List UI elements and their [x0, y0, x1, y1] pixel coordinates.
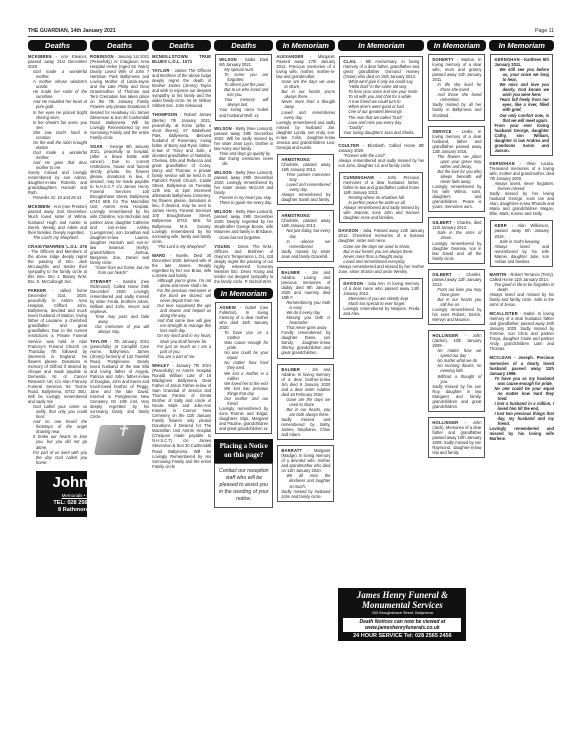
notice-entry: MCALLISTER - Isabel. In loving memory of…: [489, 311, 554, 351]
notice-body: - The Officers and Members of the above …: [28, 249, 87, 284]
verse-line: Loved and remembered every day.: [286, 182, 330, 192]
notice-closing: Lovingly remembered by his sons Robert, …: [432, 307, 481, 322]
verse-line: Safe in the arms of Jesus.: [437, 230, 481, 240]
notice-verse: Memories of you are silently keptMuch to…: [343, 296, 419, 306]
notice-entry: GILBERT - Charles, passed away 11th Janu…: [428, 269, 485, 325]
notice-list: DOHERTY - Marina. In loving memory of a …: [427, 54, 486, 458]
notice-verse: Gone are the days we used to share,But i…: [276, 79, 335, 119]
notice-text: YOUNG - Denis. The W.M., Officers and Br…: [214, 244, 273, 284]
notice-verse: God made a wonderful mother,A mother who…: [28, 69, 87, 170]
notice-closing: Sadly missed and remembered by Betty, Ja…: [281, 417, 330, 437]
notice-entry: WILSON - Betty (Nee Lamont), passed away…: [214, 170, 273, 205]
notice-entry: CUNNINGHAM - John. Precious memories of …: [339, 172, 423, 223]
notice-verse: God called your name so softly, that onl…: [28, 404, 87, 465]
section-header-in-memoriam: In Memoriam: [427, 40, 486, 51]
verse-line: The flowers we place upon your grave may…: [437, 154, 481, 169]
notice-verse: Not just today, but every dayIn silence …: [281, 228, 330, 248]
verse-line: Never more than a thought away.: [281, 99, 335, 109]
verse-line: In her cheek's fair roses, you see,: [33, 120, 87, 130]
notice-text: WILSON - Betty (Nee Lamont), passed away…: [214, 170, 273, 195]
notice-entry: WILSON - Betty (Nee Lamont), passed away…: [214, 126, 273, 166]
notice-entry: BALMER - Jim and Adaline. Loving and pre…: [277, 267, 334, 359]
notice-body: - James The Officers and Brethren of the…: [152, 68, 211, 108]
notice-verse: The flowers we place upon your grave may…: [432, 154, 481, 184]
notice-text: HOLLINGER - John (Jack). Memories of a d…: [432, 420, 481, 455]
notice-body: - Robert James (Bertie) 7th January 2021…: [152, 112, 211, 243]
verse-line: God made a wonderful mother,: [33, 69, 87, 79]
verse-line: And that same love will give me strength…: [157, 318, 211, 333]
verse-line: We miss and love you dearly, God knows w…: [499, 82, 549, 97]
notice-verse: Time passes memories stayLoved and remem…: [281, 172, 330, 192]
notice-body: - Ann (nee Preston) passed away 31st Dec…: [28, 204, 87, 234]
column-memoriam-3: In Memoriam DOHERTY - Marina. In loving …: [427, 40, 486, 668]
verse-line: Without a thought of you.: [437, 374, 481, 384]
verse-line: No matter how we spend our day: [437, 348, 481, 358]
notice-text: GILBERT - Charles, died 11th January 201…: [432, 220, 481, 230]
verse-line: It broke our hearts to lose you, but you…: [33, 434, 87, 449]
notice-body: - Jim and Adaline. In loving memory of a…: [281, 367, 330, 397]
notice-list: WILSON - Sadie. Died 6th January 2021.My…: [214, 54, 273, 284]
notice-text: WILSON - Betty (Nee Lamont), passed away…: [214, 209, 273, 234]
column-deaths-2: Deaths ROBINSON - January 1st 2021 (Peac…: [90, 40, 149, 668]
notice-verse: Too good in life to be forgotten in deat…: [489, 282, 554, 292]
notice-text: PARKER - called home December 31st, 2020…: [28, 288, 87, 404]
notice-entry: TAYLOR - James The Officers and Brethren…: [152, 68, 211, 108]
notice-closing: Your loving daughters Joan and Sheila.: [343, 130, 419, 135]
verse-line: Although you're gone, I'm not alone and …: [157, 278, 211, 288]
notice-entry: WHILEY - January 7th 2021 (Peacefully) A…: [152, 363, 211, 469]
advert-tel: TEL: 028 2564 3419 / 07775 950 144: [38, 500, 87, 507]
advert-services: Memorials • Renovations • Inscriptions: [38, 493, 87, 498]
notice-verse: No matter how we spend our dayNo matter …: [432, 348, 481, 383]
notice-text: SOAR - George 9th January 2021, peaceful…: [90, 144, 149, 265]
notice-text: MCCLEAN - Joseph. Precious memories of a…: [489, 355, 554, 375]
notice-text: ARMSTRONG - Charlotte, passed away 16th …: [281, 157, 330, 172]
notice-list: CLAIL - 8th Anniversary. In loving memor…: [338, 54, 424, 584]
verse-line: We lost two precious things that day: [224, 386, 268, 396]
notice-closing: Fondly remembered by daughter Diane, son…: [281, 330, 330, 355]
verse-line: In life she lived for those she loved: [437, 82, 481, 92]
notice-verse: Gone are the days we used to shareBut in…: [281, 397, 330, 417]
notice-closing: From your ever loving husband George, da…: [494, 123, 549, 153]
notice-entry: MCNEILLSTOWN TRUE BLUES L.O.L. 1071: [152, 54, 211, 64]
notice-closing: Always remembered by daughter Sarah and …: [281, 192, 330, 202]
verse-line: But to us who loved and lost you.: [224, 87, 268, 97]
verse-line: For part of us went with you the day God…: [33, 450, 87, 465]
notice-text: THOMPSON - Robert James (Bertie) 7th Jan…: [152, 112, 211, 243]
notice-entry: ARMSTRONG - Charlotte, passed away 16th …: [277, 154, 334, 205]
notice-text: BALMER - Jim and Adaline. Loving and pre…: [281, 270, 330, 300]
memoriam-notice: AGNEW - Isobel (nee Fullerton). In lovin…: [214, 302, 273, 434]
notice-verse: "The Lord is My Shepherd": [152, 244, 211, 249]
notice-body: - Jim and Adaline. Loving and precious m…: [281, 270, 330, 300]
verse-line: We still see you before us, your voice w…: [499, 67, 549, 82]
verse-line: "The Lord is My Shepherd": [157, 244, 211, 249]
notice-closing: Your loving niece Isobel and husband Wol…: [219, 107, 268, 117]
section-header-deaths: Deaths: [28, 40, 87, 51]
notice-entry: TAYLOR - 7th January, 2021 (peacefully) …: [90, 339, 149, 420]
notice-list: KERNOHAN - Kathleen 6th January 2011.We …: [489, 54, 554, 441]
notice-text: ROBINSON - January 1st 2021 (Peacefully)…: [90, 54, 149, 140]
notice-text: DAVISON - Julia. Passed away 14th Januar…: [338, 228, 424, 243]
notice-verse: Gone but not forgotten.: [214, 235, 273, 240]
verse-line: Gone are the days we used to share,: [281, 79, 335, 89]
notice-entry: KERNOHAN - Kathleen 6th January 2011.We …: [490, 54, 553, 156]
notice-entry: ARMSTRONG - Charlotte, passed away 16th …: [277, 210, 334, 261]
john-gamble-advert: John Gamble Memorials • Renovations • In…: [36, 471, 87, 517]
notice-verse: In life she lived for those she lovedAnd…: [432, 82, 481, 102]
notice-text: GILBERT - Charles, passed away 11th Janu…: [432, 272, 481, 287]
notice-entry: CRAIGYWARREN L.O.L 476 - The Officers an…: [28, 244, 87, 284]
verse-line: No matter how hard they tried.: [224, 360, 268, 370]
notice-closing: Sadly missed by husband John and family …: [281, 489, 330, 499]
paper-date: THE GUARDIAN, 14th January 2021: [28, 28, 116, 35]
notice-verse: Forever in my heart you stayThere to gui…: [214, 195, 273, 205]
notice-body: - Sandra (nee Richmond). Called Home 29t…: [90, 279, 149, 314]
verse-line: Our only comfort now, is that we will me…: [499, 113, 549, 123]
notice-entry: CLAIL - 8th Anniversary. In loving memor…: [339, 56, 423, 138]
notice-verse: We still see you before us, your voice w…: [494, 67, 549, 123]
notice-verse: Safe in the arms of Jesus.: [432, 230, 481, 240]
section-header-in-memoriam: In Memoriam: [214, 288, 273, 299]
verse-line: Our mother and our friend.: [224, 396, 268, 406]
notice-body: - January 7th 2021 (Peacefully) At Antri…: [152, 363, 211, 469]
verse-line: We lost a mother in a million: [224, 371, 268, 381]
verse-line: Was cause enough for pride: [224, 340, 268, 350]
notice-text: TAYLOR - James The Officers and Brethren…: [152, 68, 211, 108]
notice-entry: WARD - Noelle. Died 30 December 2020, be…: [152, 253, 211, 359]
notice-text: BALMER - Jim and Adaline. In loving memo…: [281, 367, 330, 397]
verse-line: To have you as a mother: [224, 330, 268, 340]
notice-text: BARRATT - Margaret (Madge). In loving me…: [281, 448, 330, 473]
notice-text: DOHERTY - Marina. In loving memory of a …: [432, 57, 481, 82]
notice-entry: ROBINSON - January 1st 2021 (Peacefully)…: [90, 54, 149, 140]
section-header-deaths: Deaths: [90, 40, 149, 51]
notice-verse: We all miss the kindness and laughter so…: [281, 473, 330, 488]
verse-line: The Lord's my Shepherd.: [33, 235, 87, 240]
notice-entry: SERVICE - Leslie. In loving memory of a …: [428, 126, 485, 213]
placing-notice-title: Placing a Notice on this page?: [214, 439, 273, 463]
notice-closing: Always remembered and sadly missed by wi…: [343, 205, 419, 220]
verse-line: Remembering you both is easy: [286, 300, 330, 310]
notice-entry: DAVISON - Julia. Passed away 14th Januar…: [338, 228, 424, 273]
notice-closing: Always loved and missed by his family an…: [489, 292, 554, 307]
notice-entry: ALEXANDER - Margaret. Passed away 17th J…: [276, 54, 335, 150]
notice-text: CLAIL - 8th Anniversary. In loving memor…: [343, 59, 419, 79]
notice-entry: KERNOHAN - Olive Louisa. Treasured memor…: [489, 161, 554, 217]
notice-entry: BARRATT - Margaret (Madge). In loving me…: [277, 445, 334, 501]
verse-line: And He moulded her heart of pure gold.: [33, 99, 87, 109]
advert-address: 8 Rathmore Heights, Ballymena: [38, 507, 87, 514]
notice-entry: MCCLEAN - Joseph. Precious memories of a…: [489, 355, 554, 441]
notice-verse: Resting where no shadows fallIn perfect …: [343, 195, 419, 205]
notice-entry: MCKIBBIN - Ann (nee Preston) passed away…: [28, 204, 87, 239]
verse-line: God made a wonderful mother,: [33, 150, 87, 160]
notice-closing: Sadly missed by her loving husband Georg…: [489, 191, 554, 216]
page-number: Page 11: [535, 28, 554, 35]
notice-text: AGNEW - Isobel (nee Fullerton). In lovin…: [219, 305, 268, 330]
verse-line: Time passes memories stay: [286, 172, 330, 182]
verse-line: God called your name so softly, that onl…: [33, 404, 87, 419]
notice-entry: SOAR - George 9th January 2021, peaceful…: [90, 144, 149, 275]
notice-text: WILSON - Sadie. Died 6th January 2021.: [219, 57, 268, 67]
notice-name: MCNEILLSTOWN TRUE BLUES L.O.L. 1071: [152, 54, 211, 64]
notice-text: WARD - Noelle. Died 30 December 2020, be…: [152, 253, 211, 278]
notice-closing: Always remembered and sadly missed by he…: [338, 158, 424, 168]
notice-verse: The Lord's my Shepherd.: [28, 235, 87, 240]
notice-entry: HOLLINGER - John (Jackie), 10th January …: [428, 330, 485, 412]
advert-name: John Gamble: [38, 474, 87, 491]
notice-text: MCNEILLSTOWN TRUE BLUES L.O.L. 1071: [152, 54, 211, 64]
notice-text: COULTER - Elizabeth. Called Home 8th Jan…: [338, 143, 424, 153]
verse-line: Time may pass and fade away,: [95, 314, 149, 324]
notice-entry: WILSON - Sadie. Died 6th January 2021.My…: [215, 54, 272, 121]
notice-body: - called home December 31st, 2020, peace…: [28, 288, 87, 404]
notice-list: ALEXANDER - Margaret. Passed away 17th J…: [276, 54, 335, 502]
verse-line: But the love for you who sleeps beneath …: [437, 169, 481, 184]
verse-line: And He gave that dear mother to me.: [33, 160, 87, 170]
notice-closing: Sadly missed by his son Roy, daughter in…: [432, 384, 481, 409]
placing-notice-body: Contact our reception staff who will be …: [214, 463, 273, 508]
verse-line: And no one heard the footsteps of the an…: [33, 419, 87, 434]
verse-line: Tears fall freely from our eyes, like a …: [499, 97, 549, 112]
notice-body: - January 1st 2021 (Peacefully) At Craig…: [90, 54, 149, 140]
notice-body: - Denis. The W.M., Officers and Brethren…: [214, 244, 273, 284]
notice-closing: Lovingly remembered by Marjorie, Freda a…: [343, 306, 419, 316]
notice-text: CUNNINGHAM - John. Precious memories of …: [343, 175, 419, 195]
notice-verse: What we'd give if only we could say"Hell…: [343, 79, 419, 129]
verse-line: We loved her to the end: [224, 381, 268, 386]
notice-entry: WILSON - Betty (Nee Lamont), passed away…: [214, 209, 273, 239]
verse-line: Always loved, never forgotten, forever m…: [494, 181, 554, 191]
masthead: THE GUARDIAN, 14th January 2021 Page 11: [28, 28, 554, 37]
notice-entry: KERR - Alan Wilkinson, passed away 5th J…: [490, 220, 553, 266]
notice-text: SERVICE - Leslie. In loving memory of a …: [432, 129, 481, 154]
notice-list: MCNEILLSTOWN TRUE BLUES L.O.L. 1071TAYLO…: [152, 54, 211, 469]
section-header-in-memoriam: In Memoriam: [338, 40, 424, 51]
notice-closing: Lovingly remembered and missed by his lo…: [489, 426, 554, 441]
verse-line: From our lives you may have gone: [437, 287, 481, 297]
verse-line: But in our hearts you're always there.: [281, 89, 335, 99]
section-header-in-memoriam: In Memoriam: [489, 40, 554, 51]
notice-closing: Sorely missed and lovingly remembered by…: [28, 170, 87, 195]
verse-line: On my mind and in my heart, Mum you shal…: [157, 333, 211, 343]
notice-text: ARMSTRONG - Charlotte, passed away 16th …: [281, 213, 330, 228]
verse-line: Proverbs 31: 10 and 25-31: [33, 195, 87, 200]
notice-entry: YOUNG - Denis. The W.M., Officers and Br…: [214, 244, 273, 284]
verse-line: Loved and remembered every day.: [281, 110, 335, 120]
newspaper-page: THE GUARDIAN, 14th January 2021 Page 11 …: [28, 28, 554, 668]
notice-verse: Although you're gone, I'm not alone and …: [152, 278, 211, 359]
section-header-deaths: Deaths: [214, 40, 273, 51]
notice-body: - John (Jack). Memories of a dear father…: [432, 420, 481, 455]
notice-text: CRAIGYWARREN L.O.L 476 - The Officers an…: [28, 244, 87, 284]
notice-text: ALEXANDER - Margaret. Passed away 17th J…: [276, 54, 335, 79]
column-deaths-4: Deaths WILSON - Sadie. Died 6th January …: [214, 40, 273, 668]
verse-line: Missing you both is heartache: [286, 315, 330, 325]
verse-line: Our memories of you will always stay.: [95, 324, 149, 334]
verse-line: No one could be your equal: [224, 350, 268, 360]
notice-entry: DOHERTY - Marina. In loving memory of a …: [428, 54, 485, 121]
verse-line: I lost a husband in a million, I loved h…: [494, 401, 554, 411]
notice-verse: Proverbs 31: 10 and 25-31: [28, 195, 87, 200]
notice-text: WHILEY - January 7th 2021 (Peacefully) A…: [152, 363, 211, 469]
notice-closing: Always remembered and missed by her moth…: [338, 264, 424, 274]
notice-list: MCKIBBEN - Ann Eleanor, passed away 31st…: [28, 54, 87, 465]
section-header-in-memoriam: In Memoriam: [276, 40, 335, 51]
notice-entry: PARKER - called home December 31st, 2020…: [28, 288, 87, 465]
notice-text: STEWART - Sandra (nee Richmond). Called …: [90, 279, 149, 314]
verse-line: Gone but not forgotten.: [219, 235, 273, 240]
notice-closing: Always loved and remembered by his wife …: [494, 244, 549, 264]
notice-text: HOLLINGER - John (Jackie), 10th January …: [432, 333, 481, 348]
notice-text: MCKIBBEN - Ann Eleanor, passed away 31st…: [28, 54, 87, 69]
notice-closing: Sadly missed by all her family in Ballym…: [432, 102, 481, 117]
bible-icon: [93, 425, 145, 455]
notice-entry: GILBERT - Charles, died 11th January 201…: [428, 217, 485, 263]
column-memoriam-1: In Memoriam ALEXANDER - Margaret. Passed…: [276, 40, 335, 668]
notice-text: TAYLOR - 7th January, 2021 (peacefully) …: [90, 339, 149, 420]
verse-line: And those she loved remember.: [437, 92, 481, 102]
verse-line: There to guide me every day.: [219, 200, 273, 205]
verse-line: "Gone from our home, but not from our he…: [95, 265, 149, 275]
section-header-deaths: Deaths: [152, 40, 211, 51]
notice-entry: AGNEW - Isobel (nee Fullerton). In lovin…: [215, 302, 272, 434]
verse-line: For just as much as I am a part of you,: [157, 344, 211, 354]
verse-line: To have you as my husband was cause enou…: [494, 376, 554, 386]
notice-verse: My special Aunt.To some you are forgotte…: [219, 67, 268, 107]
verse-line: I lost two precious things that day, my …: [494, 411, 554, 426]
notice-closing: Lovingly remembered by sons Ronnie and E…: [219, 406, 268, 431]
notice-verse: To have you as a motherWas cause enough …: [219, 330, 268, 406]
verse-line: Your memory will always last.: [224, 97, 268, 107]
verse-line: Too good in life to be forgotten in deat…: [494, 282, 554, 292]
notice-entry: MCKIBBEN - Ann Eleanor, passed away 31st…: [28, 54, 87, 200]
column-deaths-3: Deaths MCNEILLSTOWN TRUE BLUES L.O.L. 10…: [152, 40, 211, 668]
notice-verse: From our lives you may have goneBut in o…: [432, 287, 481, 307]
notice-text: KERR - Alan Wilkinson, passed away 5th J…: [494, 223, 549, 238]
notice-body: - Isabel. In loving memory of a dear hus…: [489, 311, 554, 351]
notice-text: DAVISON - Julia Ann. In loving memory of…: [343, 281, 419, 296]
notice-entry: COULTER - Elizabeth. Called Home 8th Jan…: [338, 143, 424, 168]
verse-line: A mother whose wisdom's untold.: [33, 79, 87, 89]
notice-entry: THOMPSON - Robert James (Bertie) 7th Jan…: [152, 112, 211, 248]
notice-entry: MARTIN - Robert Terrance (Terry). Called…: [489, 272, 554, 307]
verse-line: On the wall the robin brought elation: [33, 140, 87, 150]
verse-line: Not just today, but every day: [286, 228, 330, 238]
verse-line: She saw God's hand in creation: [33, 130, 87, 140]
notice-text: WILSON - Betty (Nee Lamont), passed away…: [214, 126, 273, 151]
notice-verse: To have you as my husband was cause enou…: [489, 376, 554, 426]
verse-line: Gone are the days we used to share: [286, 397, 330, 407]
notice-text: KERNOHAN - Olive Louisa. Treasured memor…: [489, 161, 554, 181]
verse-line: For the precious memories of the bond we…: [157, 288, 211, 303]
verse-line: But in our hearts you still live on.: [437, 297, 481, 307]
notice-entry: BALMER - Jim and Adaline. In loving memo…: [277, 364, 334, 441]
column-deaths-1: Deaths MCKIBBEN - Ann Eleanor, passed aw…: [28, 40, 87, 668]
notice-entry: HOLLINGER - John (Jack). Memories of a d…: [428, 417, 485, 458]
notice-text: MCKIBBIN - Ann (nee Preston) passed away…: [28, 204, 87, 234]
notice-body: - 7th January, 2021 (peacefully) at Camp…: [90, 339, 149, 420]
verse-line: We all miss the kindness and laughter so…: [286, 473, 330, 488]
notice-text: MARTIN - Robert Terrance (Terry). Called…: [489, 272, 554, 282]
verse-line: No morning dawns, no evening falls: [437, 363, 481, 373]
notice-text: KERNOHAN - Kathleen 6th January 2011.: [494, 57, 549, 67]
notice-closing: Lovingly remembered and sadly missed by …: [276, 120, 335, 150]
verse-line: You are a part of me.: [157, 354, 211, 359]
notice-verse: Gone are the days we used to share,But i…: [338, 244, 424, 264]
notice-entry: DAVISON - Julia Ann. In loving memory of…: [339, 278, 423, 319]
notice-verse: Always loved, never forgotten, forever m…: [489, 181, 554, 191]
notice-text: MCALLISTER - Isabel. In loving memory of…: [489, 311, 554, 351]
verse-line: In her eyes He placed bright shining sta…: [33, 110, 87, 120]
column-memoriam-4: In Memoriam KERNOHAN - Kathleen 6th Janu…: [489, 40, 554, 668]
verse-line: In silence we remembered.: [286, 239, 330, 249]
notice-verse: "Gone from our home, but not from our he…: [90, 265, 149, 275]
notice-closing: Sadly missed by sister Jean and family G…: [281, 249, 330, 259]
notice-closing: Lovingly remembered by his wife Wilma, s…: [432, 184, 481, 209]
notice-list: ROBINSON - January 1st 2021 (Peacefully)…: [90, 54, 149, 419]
verse-line: But loving memories never die.: [219, 156, 273, 166]
notice-entry: STEWART - Sandra (nee Richmond). Called …: [90, 279, 149, 335]
notice-verse: Remembering you both is easyWe do it eve…: [281, 300, 330, 330]
verse-line: To some you are forgotten.: [224, 72, 268, 82]
verse-line: But in our hearts, you are both always t…: [286, 407, 330, 417]
verse-line: He made her smile of the sunshine.: [33, 89, 87, 99]
notice-verse: Time and days go quietly byBut loving me…: [214, 151, 273, 166]
verse-line: But in our hearts you are always there.: [343, 249, 424, 254]
notice-verse: Time may pass and fade away,Our memories…: [90, 314, 149, 334]
verse-line: No one could be your equal no matter how…: [494, 386, 554, 401]
notice-body: - George 9th January 2021, peacefully at…: [90, 144, 149, 265]
column-memoriam-2: In Memoriam CLAIL - 8th Anniversary. In …: [338, 40, 424, 668]
notice-closing: Lovingly remembered by daughter Geannie,…: [432, 241, 481, 261]
verse-line: Our love surpassed the ups and downs and…: [157, 303, 211, 318]
